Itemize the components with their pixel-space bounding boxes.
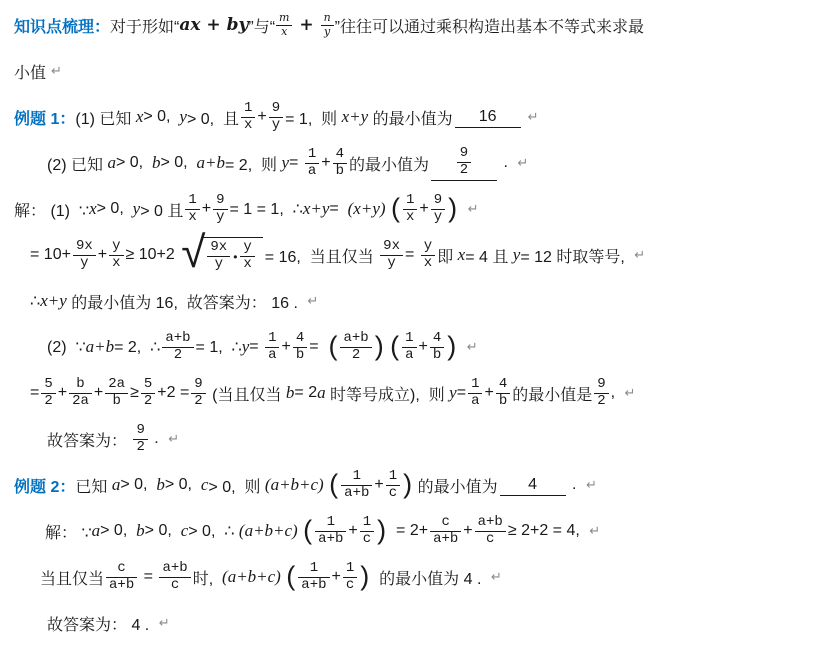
text-run: = — [329, 200, 347, 218]
sqrt-expression: √9xy•yx — [181, 233, 263, 277]
text-run: 4 — [528, 476, 537, 494]
math-expression: y — [179, 107, 187, 127]
tall-paren: ) — [403, 471, 412, 498]
fraction-denominator: 2 — [457, 163, 471, 179]
tall-paren: ) — [375, 333, 384, 360]
solution2-line-2: 当且仅当ca+b = a+bc时, (a+b+c) (1a+b+1c) 的最小值… — [0, 554, 838, 600]
math-expression: x — [458, 245, 466, 265]
text-run: 的最小值为 — [413, 474, 497, 497]
fraction: 1a — [402, 331, 416, 363]
example1-question-1: 例题 1：(1) 已知 x> 0, y> 0, 且1x+9y= 1, 则 x+y… — [0, 94, 838, 140]
fraction-denominator: 2 — [133, 440, 147, 456]
tall-paren: ( — [391, 195, 400, 222]
text-run: > 0, — [160, 154, 196, 172]
math-expression: a — [112, 475, 121, 495]
fraction-numerator: 9 — [594, 377, 608, 394]
tall-paren: ( — [328, 333, 337, 360]
fraction-numerator: y — [109, 239, 123, 256]
fraction-numerator: y — [421, 239, 435, 256]
text-run: 小值 — [14, 60, 46, 83]
text-run: = 2+ — [387, 522, 428, 540]
answer-blank: 92 — [431, 145, 497, 180]
text-run: (当且仅当 — [208, 382, 286, 405]
tall-paren: ) — [360, 563, 369, 590]
fraction-denominator: 2a — [69, 394, 92, 410]
math-expression: x+y — [342, 107, 369, 127]
fraction: 92 — [133, 423, 147, 455]
intro-line-2: 小值↵ — [0, 48, 838, 94]
fraction-numerator: 9x — [73, 239, 96, 256]
tall-paren: ( — [303, 517, 312, 544]
fraction-numerator: 9x — [380, 239, 403, 256]
text-run: + — [484, 384, 493, 402]
fraction-numerator: a+b — [475, 515, 506, 532]
fraction-numerator: 1 — [298, 561, 329, 578]
fraction: 4b — [496, 377, 510, 409]
fraction-denominator: y — [212, 257, 226, 273]
text-run: + — [348, 522, 357, 540]
fraction-denominator: c — [360, 532, 374, 548]
math-expression: a — [107, 153, 116, 173]
text-run: + — [257, 108, 266, 126]
fraction: a+bc — [475, 515, 506, 547]
fraction-denominator: y — [77, 256, 91, 272]
text-run: . — [499, 154, 512, 172]
fraction: 1x — [403, 193, 417, 225]
math-expression: a — [317, 383, 326, 403]
fraction-numerator: 1 — [343, 561, 357, 578]
math-expression: b — [152, 153, 161, 173]
paragraph-mark-icon: ↵ — [168, 432, 179, 447]
math-expression: a — [92, 521, 101, 541]
paragraph-mark-icon: ↵ — [307, 294, 318, 309]
fraction: 1x — [185, 193, 199, 225]
solution1-line-4: (2) ∵a+b= 2, ∴a+b2= 1, ∴y= 1a+4b= (a+b2)… — [0, 324, 838, 370]
fraction-denominator: 2 — [594, 394, 608, 410]
math-expression: b — [286, 383, 295, 403]
sqrt-body: 9xy•yx — [201, 237, 262, 272]
text-run — [457, 338, 461, 356]
text-run: 解： ∵ — [45, 520, 92, 543]
fraction: yx — [421, 239, 435, 271]
fraction-denominator: x — [403, 210, 417, 226]
paragraph-mark-icon: ↵ — [589, 524, 600, 539]
fraction: ny — [321, 12, 334, 37]
text-run: . — [150, 430, 163, 448]
fraction-numerator: a+b — [162, 331, 193, 348]
text-run: > 0, — [145, 522, 181, 540]
fraction-numerator: y — [240, 240, 254, 257]
fraction-denominator: b — [333, 164, 347, 180]
example1-question-2: (2) 已知 a> 0, b> 0, a+b= 2, 则 y= 1a+4b的最小… — [0, 140, 838, 186]
heading-label: 例题 2： — [14, 474, 75, 497]
fraction: 9xy — [73, 239, 96, 271]
math-expression: y — [513, 245, 521, 265]
fraction: 1a — [468, 377, 482, 409]
fraction-denominator: y — [384, 256, 398, 272]
math-expression: a+b — [197, 153, 225, 173]
fraction-denominator: b — [293, 348, 307, 364]
text-run: ≥ — [130, 384, 139, 402]
math-expression: y — [242, 337, 250, 357]
text-run: 对于形如“ — [110, 14, 179, 37]
text-run: + — [202, 200, 211, 218]
fraction-numerator: b — [69, 377, 92, 394]
fraction: mx — [276, 12, 292, 37]
text-run: > 0, 且 — [187, 106, 239, 129]
text-run: = 2, ∴ — [114, 337, 160, 357]
text-run: = — [30, 384, 39, 402]
fraction-denominator: x — [278, 26, 290, 38]
math-expression: x — [136, 107, 144, 127]
paragraph-mark-icon: ↵ — [528, 110, 539, 125]
text-run: 时, — [193, 566, 222, 589]
fraction: 4b — [430, 331, 444, 363]
text-run: = — [405, 246, 419, 264]
fraction-numerator: 1 — [241, 101, 255, 118]
fraction-denominator: a+b — [341, 486, 372, 502]
fraction-numerator: 1 — [468, 377, 482, 394]
multiply-dot-icon: • — [233, 250, 237, 264]
text-run: ≥ 2+2 = 4, — [508, 522, 584, 540]
text-run: > 0, — [165, 476, 201, 494]
solution1-line-2: = 10+9xy+yx≥ 10+2 √9xy•yx= 16, 当且仅当 9xy=… — [0, 232, 838, 278]
math-expression: a+b — [86, 337, 114, 357]
fraction: 1c — [360, 515, 374, 547]
fraction-denominator: x — [421, 256, 435, 272]
fraction: 9y — [431, 193, 445, 225]
fraction-numerator: 1 — [305, 147, 319, 164]
fraction-denominator: c — [386, 486, 400, 502]
text-run: 即 — [437, 244, 457, 267]
paragraph-mark-icon: ↵ — [517, 156, 528, 171]
text-run: (1) 已知 — [75, 106, 135, 129]
math-expression: y — [281, 153, 289, 173]
fraction: 92 — [594, 377, 608, 409]
fraction: 1c — [343, 561, 357, 593]
fraction-denominator: 2 — [171, 348, 185, 364]
fraction-numerator: 4 — [496, 377, 510, 394]
fraction: 1a+b — [315, 515, 346, 547]
text-run — [298, 522, 302, 540]
fraction: 52 — [141, 377, 155, 409]
text-run: > 0 且 — [140, 198, 183, 221]
fraction-denominator: 2 — [191, 394, 205, 410]
text-run: = — [139, 568, 157, 586]
fraction-denominator: b — [496, 394, 510, 410]
fraction-numerator: a+b — [159, 561, 190, 578]
fraction-denominator: y — [269, 118, 283, 134]
fraction-denominator: x — [109, 256, 123, 272]
fraction-denominator: y — [213, 210, 227, 226]
fraction-numerator: 1 — [402, 331, 416, 348]
fraction-numerator: 1 — [185, 193, 199, 210]
fraction: yx — [109, 239, 123, 271]
math-bold-expression: ax + by — [179, 15, 248, 35]
solution2-answer: 故答案为： 4 . ↵ — [0, 600, 838, 646]
fraction-numerator: 2a — [105, 377, 128, 394]
fraction: 1a — [265, 331, 279, 363]
fraction-denominator: a+b — [106, 578, 137, 594]
example2-question: 例题 2：已知 a> 0, b> 0, c> 0, 则 (a+b+c) (1a+… — [0, 462, 838, 508]
text-run — [324, 476, 328, 494]
text-run: ”与“ — [248, 14, 275, 37]
text-run: = 1, 则 — [285, 106, 341, 129]
text-run: 当且仅当 — [40, 566, 104, 589]
fraction: 92 — [191, 377, 205, 409]
fraction-denominator: x — [240, 257, 254, 273]
math-expression: b — [136, 521, 145, 541]
solution2-line-1: 解： ∵a> 0, b> 0, c> 0, ∴ (a+b+c) (1a+b+1c… — [0, 508, 838, 554]
text-run: (2) ∵ — [47, 337, 86, 357]
fraction-denominator: 2 — [141, 394, 155, 410]
text-run: = 16, 当且仅当 — [265, 244, 378, 267]
fraction-numerator: 4 — [333, 147, 347, 164]
math-expression: x+y — [303, 199, 330, 219]
text-run: ”往往可以通过乘积构造出基本不等式来求最 — [335, 14, 644, 37]
fraction-numerator: 5 — [141, 377, 155, 394]
text-run — [385, 338, 389, 356]
text-run: + — [332, 568, 341, 586]
text-run: 16 — [479, 108, 497, 126]
solution1-answer-2: 故答案为： 92 . ↵ — [0, 416, 838, 462]
math-expression: b — [156, 475, 165, 495]
fraction-numerator: 1 — [386, 469, 400, 486]
fraction-denominator: x — [185, 210, 199, 226]
text-run: . — [568, 476, 581, 494]
fraction-numerator: m — [276, 12, 292, 25]
text-run: + — [58, 384, 67, 402]
math-expression: (a+b+c) — [239, 521, 298, 541]
fraction-numerator: 9 — [191, 377, 205, 394]
text-run: 时等号成立), 则 — [326, 382, 450, 405]
solution1-line-5: =52+b2a+2ab≥52+2 =92 (当且仅当 b= 2a 时等号成立),… — [0, 370, 838, 416]
fraction-numerator: 9x — [207, 240, 230, 257]
text-run: 解： (1) ∵ — [14, 198, 89, 221]
fraction: yx — [240, 240, 254, 272]
text-run: + — [321, 154, 330, 172]
tall-paren: ) — [377, 517, 386, 544]
text-run: 故答案为： 4 . — [47, 612, 154, 635]
heading-label: 例题 1： — [14, 106, 75, 129]
answer-blank: 16 — [455, 107, 521, 128]
fraction-numerator: 9 — [269, 101, 283, 118]
fraction-numerator: 4 — [430, 331, 444, 348]
text-run: 已知 — [75, 474, 111, 497]
paragraph-mark-icon: ↵ — [491, 570, 502, 585]
solution1-line-3: ∴x+y 的最小值为 16, 故答案为： 16 . ↵ — [0, 278, 838, 324]
math-bold-expression: + — [293, 15, 319, 35]
fraction: 1a+b — [341, 469, 372, 501]
answer-blank: 4 — [500, 475, 566, 496]
text-run: + — [374, 476, 383, 494]
text-run: 的最小值为 — [349, 152, 429, 175]
fraction-numerator: 1 — [315, 515, 346, 532]
fraction: 1a+b — [298, 561, 329, 593]
text-run: = — [249, 338, 263, 356]
text-run — [458, 200, 462, 218]
tall-paren: ( — [390, 333, 399, 360]
text-run: + — [463, 522, 472, 540]
text-run: > 0, — [100, 522, 136, 540]
paragraph-mark-icon: ↵ — [467, 340, 478, 355]
text-run: = 2, 则 — [225, 152, 281, 175]
fraction: 9y — [269, 101, 283, 133]
text-run: > 0, — [97, 200, 133, 218]
math-expression: c — [201, 475, 209, 495]
tall-paren: ( — [329, 471, 338, 498]
text-run: ≥ 10+2 — [126, 246, 180, 264]
math-expression: y — [133, 199, 141, 219]
text-run: = 2 — [294, 384, 317, 402]
math-expression: y — [449, 383, 457, 403]
fraction: 2ab — [105, 377, 128, 409]
fraction-denominator: c — [483, 532, 497, 548]
text-run: 的最小值为 — [368, 106, 452, 129]
text-run: = 4 且 — [465, 244, 513, 267]
radical-icon: √ — [181, 231, 205, 275]
fraction-denominator: a+b — [430, 532, 461, 548]
text-run: > 0, — [116, 154, 152, 172]
text-run: = — [457, 384, 466, 402]
fraction-denominator: a — [305, 164, 319, 180]
paragraph-mark-icon: ↵ — [634, 248, 645, 263]
paragraph-mark-icon: ↵ — [51, 64, 62, 79]
fraction-numerator: 9 — [457, 146, 471, 163]
fraction: 92 — [457, 146, 471, 178]
fraction-denominator: c — [343, 578, 357, 594]
fraction-numerator: 1 — [403, 193, 417, 210]
fraction-numerator: c — [106, 561, 137, 578]
fraction: 9y — [213, 193, 227, 225]
fraction: 4b — [333, 147, 347, 179]
math-expression: c — [181, 521, 189, 541]
fraction-denominator: a — [265, 348, 279, 364]
fraction: a+b2 — [340, 331, 371, 363]
fraction-numerator: 5 — [41, 377, 55, 394]
text-run: > 0, — [143, 108, 179, 126]
math-expression: (x+y) — [348, 199, 386, 219]
text-run: > 0, ∴ — [188, 521, 239, 541]
paragraph-mark-icon: ↵ — [468, 202, 479, 217]
math-expression: (a+b+c) — [265, 475, 324, 495]
intro-line-1: 知识点梳理：对于形如“ax + by”与“mx + ny”往往可以通过乘积构造出… — [0, 2, 838, 48]
fraction: 52 — [41, 377, 55, 409]
text-run: + — [419, 200, 428, 218]
document: 知识点梳理：对于形如“ax + by”与“mx + ny”往往可以通过乘积构造出… — [0, 0, 838, 646]
tall-paren: ( — [286, 563, 295, 590]
text-run: (2) 已知 — [47, 152, 107, 175]
fraction-numerator: 4 — [293, 331, 307, 348]
fraction-denominator: x — [241, 118, 255, 134]
fraction-denominator: y — [431, 210, 445, 226]
fraction: a+bc — [159, 561, 190, 593]
fraction: ca+b — [430, 515, 461, 547]
text-run: 故答案为： — [47, 428, 131, 451]
fraction: a+b2 — [162, 331, 193, 363]
fraction-numerator: n — [321, 12, 334, 25]
text-run: = 1 = 1, ∴ — [230, 199, 303, 219]
text-run: = 1, ∴ — [196, 337, 242, 357]
text-run: +2 = — [157, 384, 189, 402]
fraction: 4b — [293, 331, 307, 363]
fraction: 9xy — [207, 240, 230, 272]
text-run: + — [98, 246, 107, 264]
fraction: 1a — [305, 147, 319, 179]
fraction-denominator: a — [402, 348, 416, 364]
text-run: + — [94, 384, 103, 402]
paragraph-mark-icon: ↵ — [159, 616, 170, 631]
text-run: , — [611, 384, 620, 402]
fraction-denominator: b — [109, 394, 123, 410]
fraction-numerator: 9 — [431, 193, 445, 210]
math-expression: (a+b+c) — [222, 567, 281, 587]
fraction-numerator: 1 — [265, 331, 279, 348]
fraction: b2a — [69, 377, 92, 409]
text-run: + — [281, 338, 290, 356]
tall-paren: ) — [448, 195, 457, 222]
fraction: 1c — [386, 469, 400, 501]
fraction-denominator: y — [321, 26, 333, 38]
fraction-numerator: a+b — [340, 331, 371, 348]
paragraph-mark-icon: ↵ — [625, 386, 636, 401]
text-run: + — [419, 338, 428, 356]
fraction-numerator: c — [430, 515, 461, 532]
text-run: 的最小值为 4 . — [370, 566, 486, 589]
text-run — [386, 200, 390, 218]
text-run: 的最小值为 16, 故答案为： 16 . — [67, 290, 303, 313]
fraction-numerator: 9 — [213, 193, 227, 210]
text-run — [281, 568, 285, 586]
paragraph-mark-icon: ↵ — [586, 478, 597, 493]
fraction-numerator: 1 — [360, 515, 374, 532]
text-run: 的最小值是 — [512, 382, 592, 405]
fraction-denominator: b — [430, 348, 444, 364]
fraction-denominator: c — [168, 578, 182, 594]
fraction-denominator: a — [468, 394, 482, 410]
fraction-numerator: 1 — [341, 469, 372, 486]
tall-paren: ) — [447, 333, 456, 360]
text-run: > 0, 则 — [208, 474, 264, 497]
fraction: ca+b — [106, 561, 137, 593]
heading-label: 知识点梳理： — [14, 14, 110, 37]
math-expression: x+y — [40, 291, 67, 311]
fraction-denominator: 2 — [41, 394, 55, 410]
text-run: = — [309, 338, 327, 356]
math-expression: x — [89, 199, 97, 219]
fraction-denominator: a+b — [298, 578, 329, 594]
text-run: = 10+ — [30, 246, 71, 264]
text-run: ∴ — [30, 291, 40, 311]
fraction-numerator: 9 — [133, 423, 147, 440]
fraction-denominator: a+b — [315, 532, 346, 548]
solution1-line-1: 解： (1) ∵x> 0, y> 0 且1x+9y= 1 = 1, ∴x+y= … — [0, 186, 838, 232]
fraction: 1x — [241, 101, 255, 133]
text-run: = — [289, 154, 303, 172]
text-run: > 0, — [120, 476, 156, 494]
fraction-denominator: 2 — [349, 348, 363, 364]
fraction: 9xy — [380, 239, 403, 271]
text-run: = 12 时取等号, — [520, 244, 629, 267]
